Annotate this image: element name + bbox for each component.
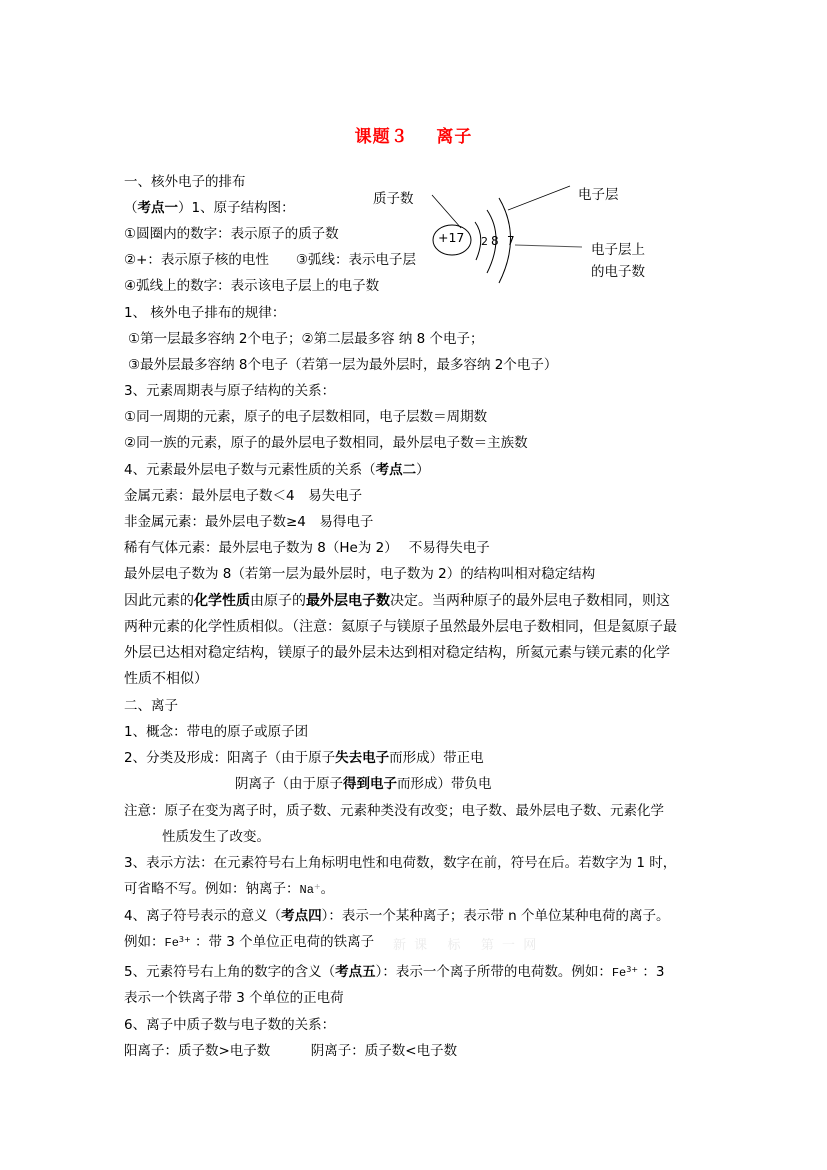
number-meaning-line1: 5、元素符号右上角的数字的含义（考点五）：表示一个离子所带的电荷数。例如：Fe3…	[124, 963, 664, 982]
proton-electron-heading: 6、离子中质子数与电子数的关系：	[124, 1016, 335, 1034]
rules-heading: 1、 核外电子排布的规律：	[124, 304, 285, 322]
watermark: 新 课 标 第 一 网	[393, 934, 538, 953]
kaodian-tag: 考点四	[281, 908, 322, 924]
document-page: 课题３ 离子 质子数 +17 2 8 7 电子层 电子层上 的电子数 一、核外电…	[0, 0, 827, 1170]
chem-property-para-line2: 两种元素的化学性质相似。（注意：氦原子与镁原子虽然最外层电子数相同，但是氦原子最	[124, 618, 677, 636]
period-heading: 3、元素周期表与原子结构的关系：	[124, 382, 335, 400]
kaodian-tag: 考点一	[138, 200, 179, 216]
period-rule-1: ①同一周期的元素，原子的电子层数相同，电子层数＝周期数	[124, 408, 487, 426]
shell-electrons-label-line2: 的电子数	[591, 260, 645, 280]
chem-property-para-line1: 因此元素的化学性质由原子的最外层电子数决定。当两种原子的最外层电子数相同，则这	[124, 592, 670, 610]
structure-item-1: ①圆圈内的数字：表示原子的质子数	[124, 225, 339, 243]
shell3-electrons: 7	[507, 234, 515, 248]
meaning-line: 4、离子符号表示的意义（考点四）：表示一个某种离子；表示带 n 个单位某种电荷的…	[124, 907, 669, 925]
ion-symbol: Fe	[612, 966, 626, 980]
nonmetal-line: 非金属元素：最外层电子数≥4 易得电子	[124, 513, 373, 531]
chem-property-para-line3: 外层已达相对稳定结构，镁原子的最外层未达到相对稳定结构，所氦元素与镁元素的化学	[124, 644, 670, 662]
stable-structure-line: 最外层电子数为 8（若第一层为最外层时，电子数为 2）的结构叫相对稳定结构	[124, 565, 595, 583]
section2-heading: 二、离子	[124, 697, 178, 715]
notation-line1: 3、表示方法：在元素符号右上角标明电性和电荷数，数字在前，符号在后。若数字为 1…	[124, 854, 676, 872]
structure-item-4: ④弧线上的数字：表示该电子层上的电子数	[124, 277, 379, 295]
title-topic-number: 课题３	[355, 122, 409, 147]
example-line: 例如：Fe3+ ：带 3 个单位正电荷的铁离子	[124, 933, 374, 952]
rule-3: ③最外层最多容纳 8个电子（若第一层为最外层时，最多容纳 2个电子）	[128, 356, 557, 374]
anion-line: 阴离子（由于原子得到电子而形成）带负电	[235, 775, 492, 793]
shell-electrons-label-line1: 电子层上	[591, 238, 645, 258]
ion-concept: 1、概念：带电的原子或原子团	[124, 723, 308, 741]
section1-heading: 一、核外电子的排布	[124, 173, 246, 191]
proton-count-label: 质子数	[373, 187, 414, 207]
relation-heading: 4、元素最外层电子数与元素性质的关系（考点二）	[124, 461, 430, 479]
noble-gas-line: 稀有气体元素：最外层电子数为 8（He为 2） 不易得失电子	[124, 539, 490, 557]
proton-electron-relation: 阳离子：质子数>电子数 阴离子：质子数<电子数	[124, 1042, 457, 1060]
note-line1: 注意：原子在变为离子时，质子数、元素种类没有改变；电子数、最外层电子数、元素化学	[124, 802, 664, 820]
ion-symbol: Na	[300, 883, 314, 897]
kaodian-tag: 考点五	[335, 964, 376, 980]
ion-symbol: Fe	[165, 936, 179, 950]
chem-property-para-line4: 性质不相似）	[124, 670, 208, 688]
structure-item-2-3: ②+：表示原子核的电性 ③弧线：表示电子层	[124, 251, 416, 269]
shell2-electrons: 8	[491, 234, 499, 248]
kaodian-tag: 考点二	[376, 462, 417, 478]
number-meaning-line2: 表示一个铁离子带 3 个单位的正电荷	[124, 989, 344, 1007]
title-topic-name: 离子	[436, 122, 472, 147]
cation-line: 2、分类及形成：阳离子（由于原子失去电子而形成）带正电	[124, 749, 484, 767]
note-line2: 性质发生了改变。	[162, 828, 270, 846]
nucleus-charge: +17	[438, 230, 464, 245]
notation-line2: 可省略不写。例如：钠离子：Na+。	[124, 880, 334, 899]
electron-shell-label: 电子层	[578, 183, 619, 203]
period-rule-2: ②同一族的元素，原子的最外层电子数相同，最外层电子数＝主族数	[124, 434, 528, 452]
rule-1-2: ①第一层最多容纳 2个电子；②第二层最多容 纳 8 个电子；	[128, 330, 484, 348]
kaodian1-line: （考点一）1、原子结构图：	[124, 199, 295, 217]
metal-line: 金属元素：最外层电子数＜4 易失电子	[124, 487, 362, 505]
page-title: 课题３ 离子	[0, 122, 827, 147]
shell1-electrons: 2	[481, 235, 488, 248]
